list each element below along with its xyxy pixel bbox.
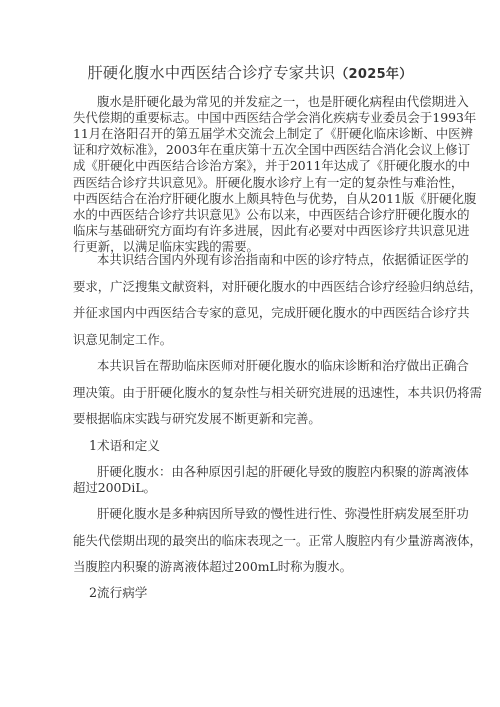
- text-line: 并征求国内中西医结合专家的意见，完成肝硬化腹水的中西医结合诊疗共: [73, 305, 426, 320]
- text-line: 水的中西医结合诊疗共识意见》公布以来，中西医结合诊疗肝硬化腹水的: [73, 207, 426, 222]
- text-line: 要求，广泛搜集文献资料，对肝硬化腹水的中西医结合诊疗经验归纳总结，: [73, 279, 426, 294]
- document-title: 肝硬化腹水中西医结合诊疗专家共识（2025年）: [0, 62, 500, 83]
- title-year: （2025年）: [335, 67, 412, 82]
- text-line: 中西医结合在治疗肝硬化腹水上颇具特色与优势，自从2011版《肝硬化腹: [73, 191, 426, 206]
- text-line: 失代偿期的重要标志。中国中西医结合学会消化疾病专业委员会于1993年: [73, 110, 426, 125]
- text-line: 本共识结合国内外现有诊治指南和中医的诊疗特点，依据循证医学的: [97, 252, 426, 267]
- text-line: 西医结合诊疗共识意见》。肝硬化腹水诊疗上有一定的复杂性与难治性，: [73, 175, 426, 190]
- section-heading-epidemiology: 2流行病学: [89, 585, 147, 600]
- text-line: 能失代偿期出现的最突出的临床表现之一。正常人腹腔内有少量游离液体，: [73, 533, 426, 548]
- text-line: 证和疗效标准》，2003年在重庆第十五次全国中西医结合消化会议上修订: [73, 142, 426, 157]
- text-line: 肝硬化腹水是多种病因所导致的慢性进行性、弥漫性肝病发展至肝功: [97, 506, 426, 521]
- text-line: 识意见制定工作。: [73, 332, 426, 347]
- text-line: 当腹腔内积聚的游离液体超过200mL时称为腹水。: [73, 559, 426, 574]
- text-line: 腹水是肝硬化最为常见的并发症之一，也是肝硬化病程由代偿期进入: [97, 94, 426, 109]
- text-line: 肝硬化腹水：由各种原因引起的肝硬化导致的腹腔内积聚的游离液体: [97, 464, 426, 479]
- text-line: 超过200DiL。: [73, 480, 426, 495]
- title-main: 肝硬化腹水中西医结合诊疗专家共识: [87, 64, 335, 82]
- text-line: 11月在洛阳召开的第五届学术交流会上制定了《肝硬化临床诊断、中医辨: [73, 126, 426, 141]
- text-line: 要根据临床实践与研究发展不断更新和完善。: [73, 411, 426, 426]
- text-line: 理决策。由于肝硬化腹水的复杂性与相关研究进展的迅速性，本共识仍将需: [73, 385, 426, 400]
- document-page: 肝硬化腹水中西医结合诊疗专家共识（2025年） 腹水是肝硬化最为常见的并发症之一…: [0, 0, 500, 707]
- text-line: 成《肝硬化中西医结合诊治方案》，并于2011年达成了《肝硬化腹水的中: [73, 158, 426, 173]
- text-line: 本共识旨在帮助临床医师对肝硬化腹水的临床诊断和治疗做出正确合: [97, 358, 426, 373]
- text-line: 临床与基础研究方面均有许多进展，因此有必要对中西医诊疗共识意见进: [73, 223, 426, 238]
- section-heading-terms: 1术语和定义: [89, 438, 160, 453]
